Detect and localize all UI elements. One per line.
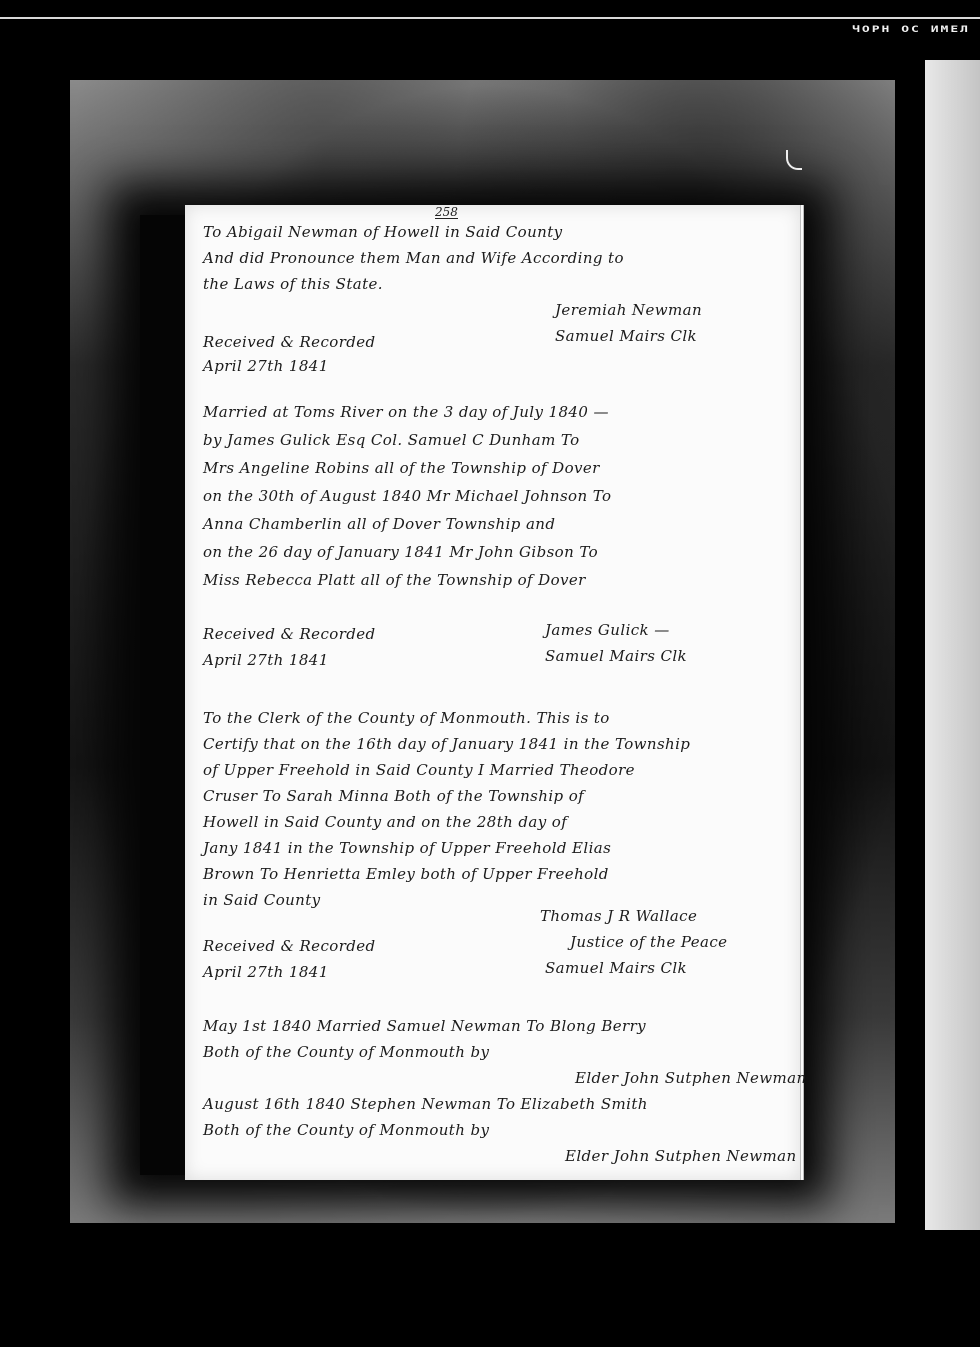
entry-line: on the 26 day of January 1841 Mr John Gi…: [203, 543, 598, 561]
entry-line: Brown To Henrietta Emley both of Upper F…: [203, 865, 609, 883]
signature: Samuel Mairs Clk: [545, 647, 687, 665]
received-recorded: Received & Recorded: [203, 333, 376, 351]
entry-line: May 1st 1840 Married Samuel Newman To Bl…: [203, 1017, 646, 1035]
entry-line: Mrs Angeline Robins all of the Township …: [203, 459, 600, 477]
entry-line: Anna Chamberlin all of Dover Township an…: [203, 515, 555, 533]
entry-line: And did Pronounce them Man and Wife Acco…: [203, 249, 624, 267]
entry-line: of Upper Freehold in Said County I Marri…: [203, 761, 635, 779]
received-recorded: Received & Recorded: [203, 625, 376, 643]
signature: Samuel Mairs Clk: [555, 327, 697, 345]
received-date: April 27th 1841: [203, 963, 329, 981]
entry-line: To the Clerk of the County of Monmouth. …: [203, 709, 610, 727]
entry-line: by James Gulick Esq Col. Samuel C Dunham…: [203, 431, 580, 449]
signature: Elder John Sutphen Newman: [575, 1069, 807, 1087]
signature-title: Justice of the Peace: [570, 933, 727, 951]
signature: James Gulick —: [545, 621, 670, 639]
ledger-page: 258 To Abigail Newman of Howell in Said …: [185, 205, 804, 1180]
entry-line: Married at Toms River on the 3 day of Ju…: [203, 403, 609, 421]
film-strip-header: ЧОРН ОС ИМЕЛ: [0, 0, 980, 60]
signature: Jeremiah Newman: [555, 301, 702, 319]
entry-line: Howell in Said County and on the 28th da…: [203, 813, 567, 831]
entry-line: Certify that on the 16th day of January …: [203, 735, 690, 753]
entry-line: Both of the County of Monmouth by: [203, 1121, 489, 1139]
entry-line: Cruser To Sarah Minna Both of the Townsh…: [203, 787, 584, 805]
film-code-label: ЧОРН ОС ИМЕЛ: [852, 24, 970, 35]
adjacent-frame-edge: [925, 60, 980, 1230]
film-divider: [895, 60, 925, 1230]
signature: Elder John Sutphen Newman: [565, 1147, 797, 1165]
signature: Samuel Mairs Clk: [545, 959, 687, 977]
entry-line: Jany 1841 in the Township of Upper Freeh…: [203, 839, 611, 857]
entry-line: Both of the County of Monmouth by: [203, 1043, 489, 1061]
signature: Thomas J R Wallace: [540, 907, 697, 925]
received-date: April 27th 1841: [203, 651, 329, 669]
entry-line: in Said County: [203, 891, 321, 909]
page-number: 258: [435, 206, 458, 219]
entry-line: August 16th 1840 Stephen Newman To Eliza…: [203, 1095, 648, 1113]
entry-line: on the 30th of August 1840 Mr Michael Jo…: [203, 487, 611, 505]
entry-line: the Laws of this State.: [203, 275, 383, 293]
entry-line: Miss Rebecca Platt all of the Township o…: [203, 571, 586, 589]
film-rule: [0, 17, 980, 19]
entry-line: To Abigail Newman of Howell in Said Coun…: [203, 223, 563, 241]
received-date: April 27th 1841: [203, 357, 329, 375]
received-recorded: Received & Recorded: [203, 937, 376, 955]
